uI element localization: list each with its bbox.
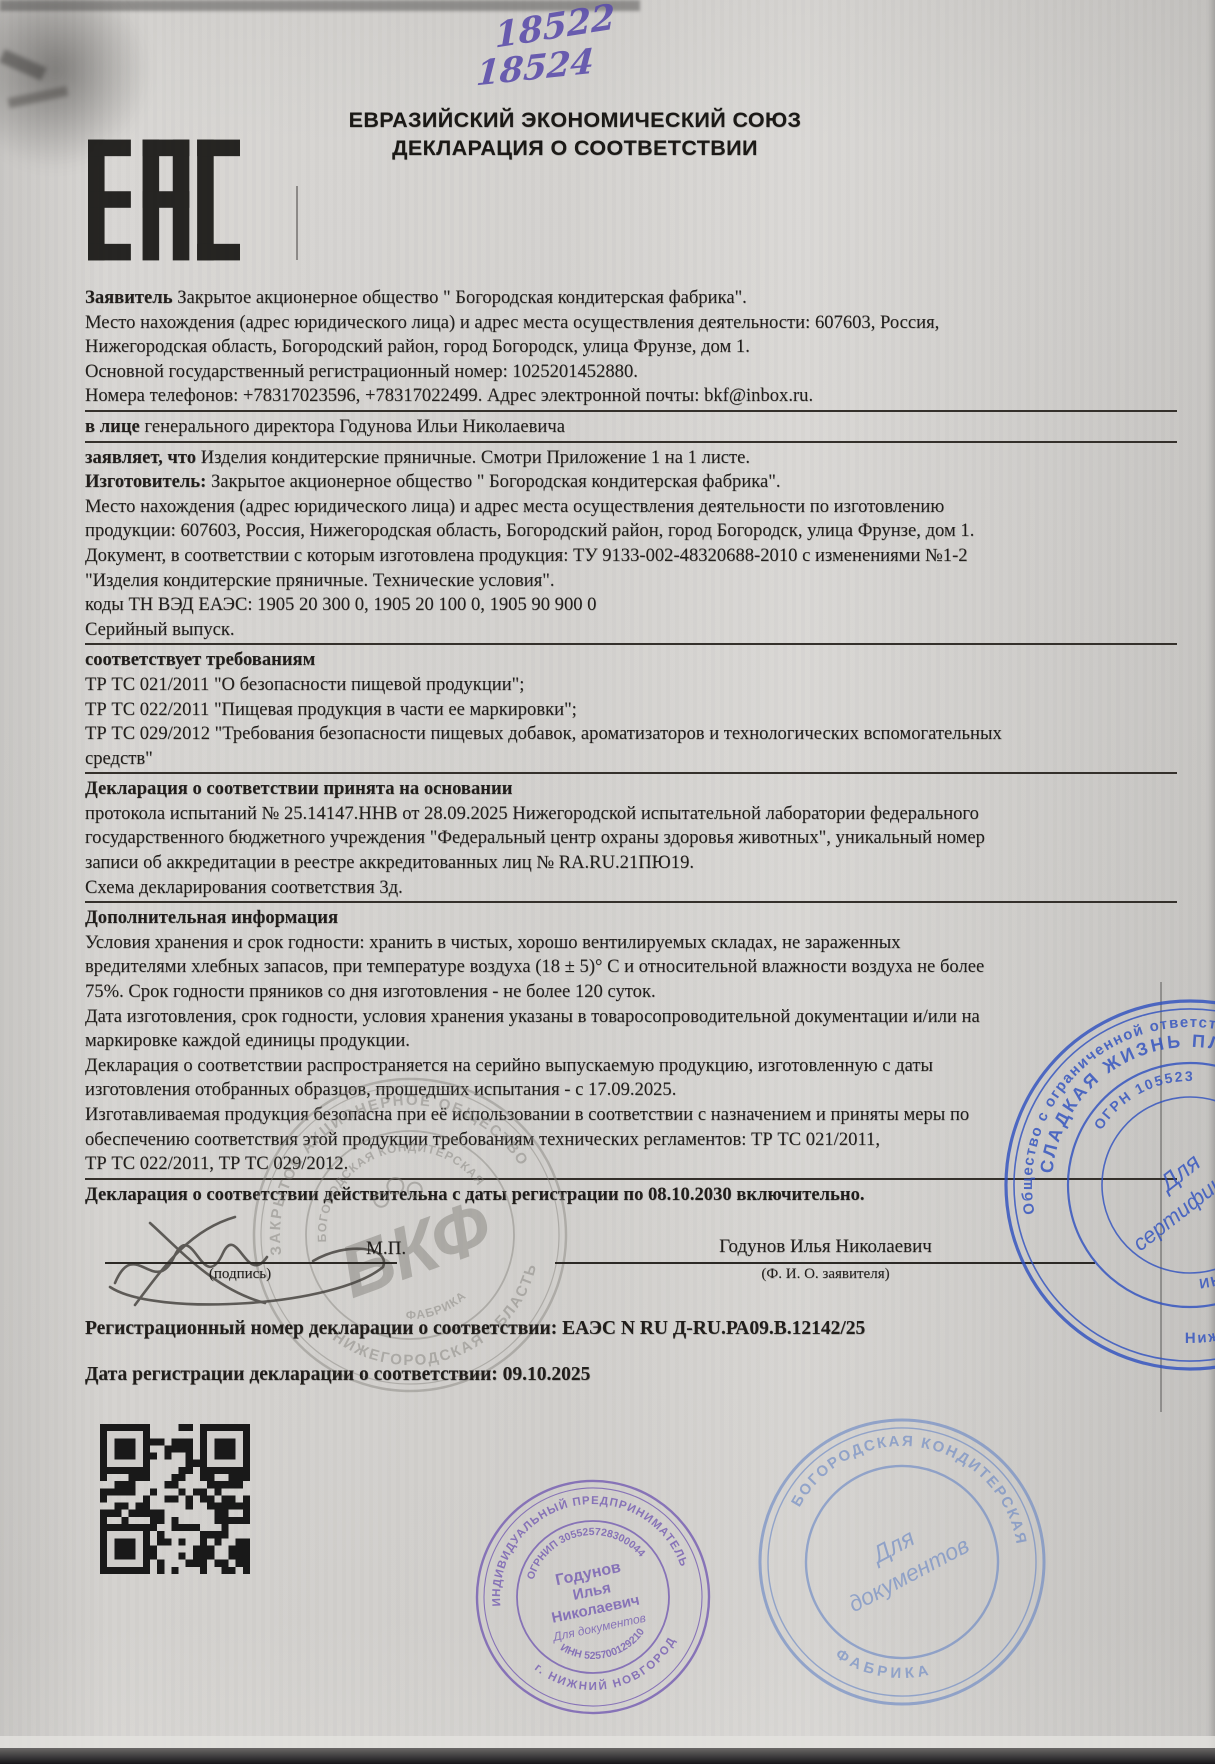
- body-line: Изготовитель: Закрытое акционерное общес…: [85, 470, 1177, 495]
- body-line: средств": [85, 747, 1177, 772]
- body-line: заявляет, что Изделия кондитерские пряни…: [85, 446, 1177, 471]
- body-line: "Изделия кондитерские пряничные. Техниче…: [85, 569, 1177, 594]
- body-line: Нижегородская область, Богородский район…: [85, 335, 1177, 360]
- stamp-center-text: Для: [866, 1524, 920, 1570]
- body-line: Номера телефонов: +78317023596, +7831702…: [85, 384, 1177, 409]
- eac-logo: [88, 138, 240, 267]
- registration-date-line: Дата регистрации декларации о соответств…: [85, 1364, 590, 1386]
- body-line: вредителями хлебных запасов, при темпера…: [85, 955, 1177, 980]
- body-line: Декларация о соответствии принята на осн…: [85, 777, 1177, 802]
- section-rule: [85, 643, 1177, 645]
- registration-number-line: Регистрационный номер декларации о соотв…: [85, 1318, 865, 1340]
- body-line: изготовления отобранных образцов, прошед…: [85, 1078, 1177, 1103]
- body-line: коды ТН ВЭД ЕАЭС: 1905 20 300 0, 1905 20…: [85, 593, 1177, 618]
- stamp-ring-text: г. НИЖНИЙ НОВГОРОД: [530, 1632, 686, 1706]
- scan-artifact: [296, 186, 298, 260]
- mp-label: М.П.: [366, 1238, 406, 1260]
- stamp-center-text: Илья: [571, 1579, 612, 1604]
- svg-text:г. НИЖНИЙ НОВГОРОД: г. НИЖНИЙ НОВГОРОД: [530, 1632, 686, 1706]
- section-rule: [85, 441, 1177, 443]
- body-line: Серийный выпуск.: [85, 618, 1177, 643]
- scan-artifact: [1208, 0, 1215, 1764]
- section-rule: [85, 1178, 1177, 1180]
- stamp-blue-bottom: БОГОРОДСКАЯ КОНДИТЕРСКАЯ ФАБРИКА Для док…: [752, 1412, 1052, 1712]
- body-line: Документ, в соответствии с которым изгот…: [85, 544, 1177, 569]
- body-line: обеспечению соответствия этой продукции …: [85, 1128, 1177, 1153]
- stamp-center-text: Годунов: [554, 1559, 623, 1589]
- signature-line: [105, 1262, 397, 1264]
- svg-text:ИНДИВИДУАЛЬНЫЙ ПРЕДПРИНИМАТЕЛЬ: ИНДИВИДУАЛЬНЫЙ ПРЕДПРИНИМАТЕЛЬ: [472, 1475, 690, 1608]
- podpis-label: (подпись): [140, 1266, 340, 1283]
- section-rule: [85, 772, 1177, 774]
- body-line: Основной государственный регистрационный…: [85, 360, 1177, 385]
- body-line: соответствует требованиям: [85, 648, 1177, 673]
- body-line: записи об аккредитации в реестре аккреди…: [85, 851, 1177, 876]
- body-line: протокола испытаний № 25.14147.ННВ от 28…: [85, 802, 1177, 827]
- body-line: ТР ТС 029/2012 "Требования безопасности …: [85, 722, 1177, 747]
- stamp-ring-text: БОГОРОДСКАЯ КОНДИТЕРСКАЯ: [787, 1414, 1045, 1550]
- svg-text:БОГОРОДСКАЯ КОНДИТЕРСКАЯ: БОГОРОДСКАЯ КОНДИТЕРСКАЯ: [787, 1414, 1045, 1550]
- body-line: Декларация о соответствии действительна …: [85, 1183, 1177, 1208]
- stamp-center-text: документов: [844, 1532, 973, 1617]
- body-line: ТР ТС 022/2011 "Пищевая продукция в част…: [85, 698, 1177, 723]
- title-line-1: ЕВРАЗИЙСКИЙ ЭКОНОМИЧЕСКИЙ СОЮЗ: [225, 106, 925, 134]
- svg-text:ИНН 525700129210: ИНН 525700129210: [556, 1624, 651, 1670]
- document-title: ЕВРАЗИЙСКИЙ ЭКОНОМИЧЕСКИЙ СОЮЗ ДЕКЛАРАЦИ…: [225, 106, 925, 162]
- body-line: маркировке каждой единицы продукции.: [85, 1029, 1177, 1054]
- handwritten-number: 18524: [475, 42, 595, 95]
- body-line: Место нахождения (адрес юридического лиц…: [85, 495, 1177, 520]
- body-line: Изготавливаемая продукция безопасна при …: [85, 1103, 1177, 1128]
- body-line: ТР ТС 022/2011, ТР ТС 029/2012.: [85, 1152, 1177, 1177]
- body-line: Дополнительная информация: [85, 906, 1177, 931]
- body-line: Схема декларирования соответствия 3д.: [85, 876, 1177, 901]
- section-rule: [85, 410, 1177, 412]
- stamp-purple: ИНДИВИДУАЛЬНЫЙ ПРЕДПРИНИМАТЕЛЬ г. НИЖНИЙ…: [468, 1472, 718, 1722]
- stamp-ring-text: ОГРНИП 305525728300044: [517, 1515, 649, 1584]
- signature-line: [555, 1262, 1095, 1264]
- body-line: в лице генерального директора Годунова И…: [85, 415, 1177, 440]
- body-line: Место нахождения (адрес юридического лиц…: [85, 311, 1177, 336]
- title-line-2: ДЕКЛАРАЦИЯ О СООТВЕТСТВИИ: [225, 134, 925, 162]
- fio-name: Годунов Илья Николаевич: [558, 1236, 1093, 1258]
- svg-text:ОГРНИП 305525728300044: ОГРНИП 305525728300044: [517, 1515, 649, 1584]
- body-line: 75%. Срок годности пряников со дня изгот…: [85, 980, 1177, 1005]
- body-line: продукции: 607603, Россия, Нижегородская…: [85, 519, 1177, 544]
- stamp-center-text: Николаевич: [550, 1592, 641, 1627]
- stamp-ring-text: ФАБРИКА: [831, 1645, 937, 1690]
- fio-label: (Ф. И. О. заявителя): [558, 1266, 1093, 1283]
- section-rule: [85, 901, 1177, 903]
- body-line: Условия хранения и срок годности: хранит…: [85, 931, 1177, 956]
- body-line: государственного бюджетного учреждения "…: [85, 826, 1177, 851]
- stamp-ring-text: ИНДИВИДУАЛЬНЫЙ ПРЕДПРИНИМАТЕЛЬ: [472, 1475, 690, 1608]
- body-line: Заявитель Закрытое акционерное общество …: [85, 286, 1177, 311]
- scan-artifact: [0, 1748, 1215, 1764]
- document-body: Заявитель Закрытое акционерное общество …: [85, 286, 1177, 1207]
- qr-code: [100, 1424, 250, 1579]
- scanned-declaration-page: 18522 18524 ЕВРАЗИЙСКИЙ ЭКОНОМИЧЕСКИЙ СО…: [0, 0, 1215, 1764]
- body-line: Декларация о соответствии распространяет…: [85, 1054, 1177, 1079]
- body-line: ТР ТС 021/2011 "О безопасности пищевой п…: [85, 673, 1177, 698]
- stamp-center-text: Для документов: [550, 1611, 647, 1645]
- body-line: Дата изготовления, срок годности, услови…: [85, 1005, 1177, 1030]
- stamp-ring-text: ИНН 525700129210: [556, 1624, 651, 1670]
- svg-text:ФАБРИКА: ФАБРИКА: [831, 1645, 937, 1690]
